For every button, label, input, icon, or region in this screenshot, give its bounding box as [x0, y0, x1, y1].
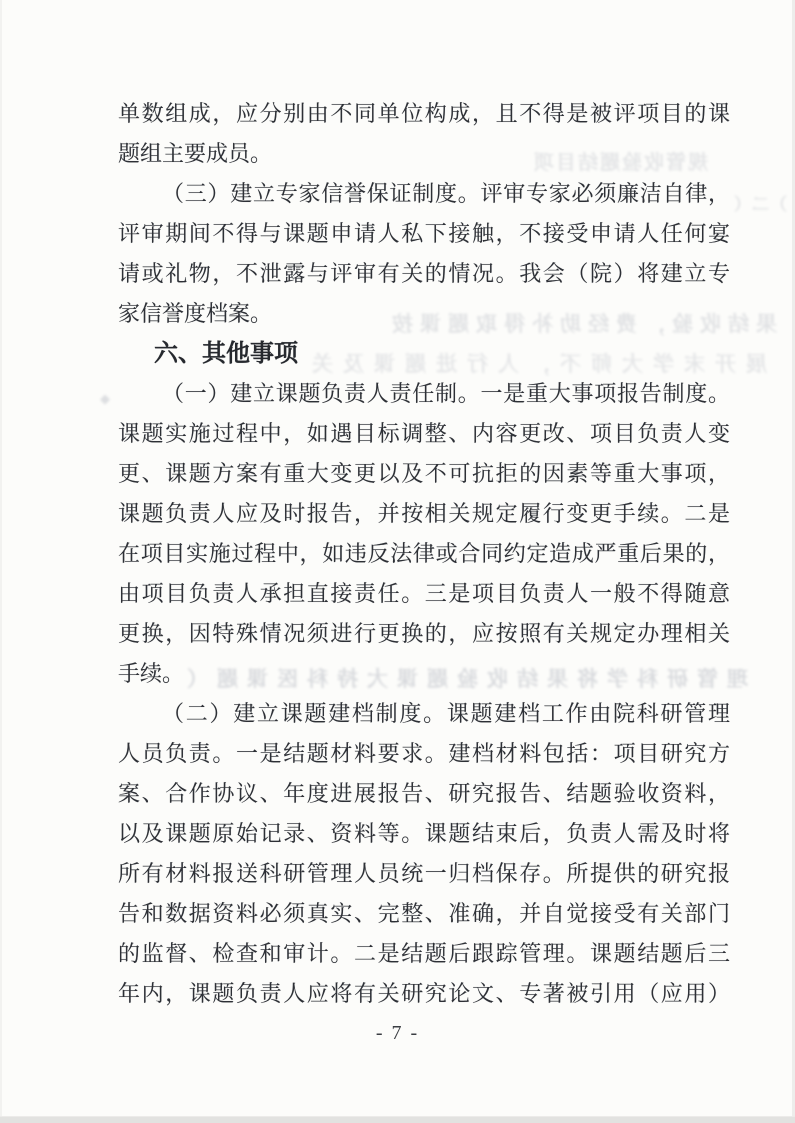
text-line: 单数组成，应分别由不同单位构成，且不得是被评项目的课 — [118, 94, 730, 134]
text-line: 所有材料报送科研管理人员统一归档保存。所提供的研究报 — [118, 854, 730, 894]
text-line: （二）建立课题建档制度。课题建档工作由院科研管理 — [118, 694, 730, 734]
scan-edge-bottom — [0, 1116, 795, 1123]
text-line: 的监督、检查和审计。二是结题后跟踪管理。课题结题后三 — [118, 934, 730, 974]
text-line: 案、合作协议、年度进展报告、研究报告、结题验收资料， — [118, 774, 730, 814]
bleedthrough-text: ）二（ — [733, 190, 787, 215]
scan-edge-left — [0, 0, 2, 1123]
bleedthrough-text: ◆ — [100, 391, 110, 407]
section-heading: 六、其他事项 — [118, 334, 730, 374]
text-line: 告和数据资料必须真实、完整、准确，并自觉接受有关部门 — [118, 894, 730, 934]
text-line: 评审期间不得与课题申请人私下接触，不接受申请人任何宴 — [118, 214, 730, 254]
text-line: 年内，课题负责人应将有关研究论文、专著被引用（应用） — [118, 974, 730, 1014]
text-line: 更、课题方案有重大变更以及不可抗拒的因素等重大事项， — [118, 454, 730, 494]
text-line: （三）建立专家信誉保证制度。评审专家必须廉洁自律， — [118, 174, 730, 214]
text-line: （一）建立课题负责人责任制。一是重大事项报告制度。 — [118, 374, 730, 414]
text-line: 更换，因特殊情况须进行更换的，应按照有关规定办理相关 — [118, 614, 730, 654]
text-line: 家信誉度档案。 — [118, 294, 730, 334]
document-body: 单数组成，应分别由不同单位构成，且不得是被评项目的课题组主要成员。（三）建立专家… — [118, 94, 730, 1014]
text-line: 人员负责。一是结题材料要求。建档材料包括：项目研究方 — [118, 734, 730, 774]
text-line: 请或礼物，不泄露与评审有关的情况。我会（院）将建立专 — [118, 254, 730, 294]
text-line: 课题负责人应及时报告，并按相关规定履行变更手续。二是 — [118, 494, 730, 534]
text-line: 由项目负责人承担直接责任。三是项目负责人一般不得随意 — [118, 574, 730, 614]
text-line: 在项目实施过程中，如违反法律或合同约定造成严重后果的， — [118, 534, 730, 574]
text-line: 课题实施过程中，如遇目标调整、内容更改、项目负责人变 — [118, 414, 730, 454]
text-line: 手续。 — [118, 654, 730, 694]
scanned-document-page: 规管收验题结目项）二（果结收验，费经助补得取题课按展开末学大师不，人行进题课及关… — [0, 0, 795, 1123]
text-line: 题组主要成员。 — [118, 134, 730, 174]
text-line: 以及课题原始记录、资料等。课题结束后，负责人需及时将 — [118, 814, 730, 854]
page-number: - 7 - — [0, 1022, 795, 1045]
